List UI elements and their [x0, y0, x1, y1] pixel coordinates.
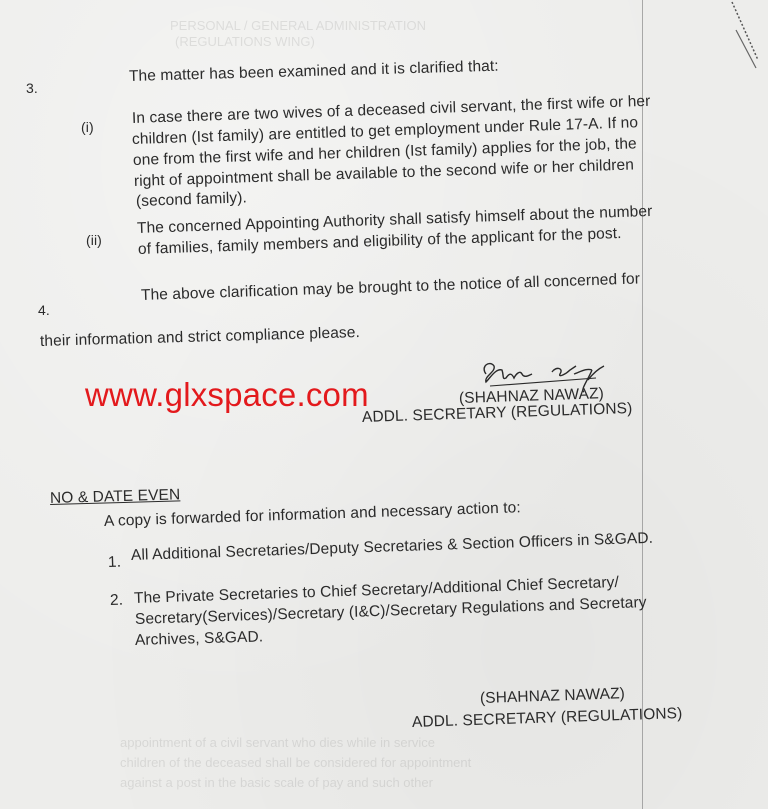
paragraph-line: their information and strict compliance …: [40, 324, 360, 351]
paragraph-number: 4.: [38, 302, 50, 318]
endorsement-heading: NO & DATE EVEN: [50, 486, 181, 508]
item-line: (second family).: [136, 189, 248, 211]
signatory-title: ADDL. SECRETARY (REGULATIONS): [362, 400, 633, 427]
signatory-name: (SHAHNAZ NAWAZ): [480, 685, 626, 708]
recipient-line: All Additional Secretaries/Deputy Secret…: [131, 530, 654, 565]
paragraph-line: The above clarification may be brought t…: [141, 270, 641, 305]
paragraph-number: 3.: [26, 80, 38, 96]
show-through-text: PERSONAL / GENERAL ADMINISTRATION: [170, 18, 426, 33]
item-marker: (ii): [86, 232, 102, 248]
item-marker: (i): [81, 119, 94, 135]
page-fold-line: [642, 0, 643, 809]
show-through-text: (REGULATIONS WING): [175, 34, 315, 49]
paragraph-intro: The matter has been examined and it is c…: [129, 58, 499, 86]
show-through-text: against a post in the basic scale of pay…: [120, 775, 433, 790]
recipient-line: Archives, S&GAD.: [135, 628, 264, 650]
recipient-number: 2.: [110, 592, 124, 610]
staple-mark-icon: [730, 0, 760, 70]
scanned-document-page: PERSONAL / GENERAL ADMINISTRATION (REGUL…: [0, 0, 768, 809]
show-through-text: children of the deceased shall be consid…: [120, 755, 471, 770]
watermark-url: www.glxspace.com: [85, 376, 369, 414]
show-through-text: appointment of a civil servant who dies …: [120, 735, 435, 750]
recipient-number: 1.: [108, 554, 122, 572]
